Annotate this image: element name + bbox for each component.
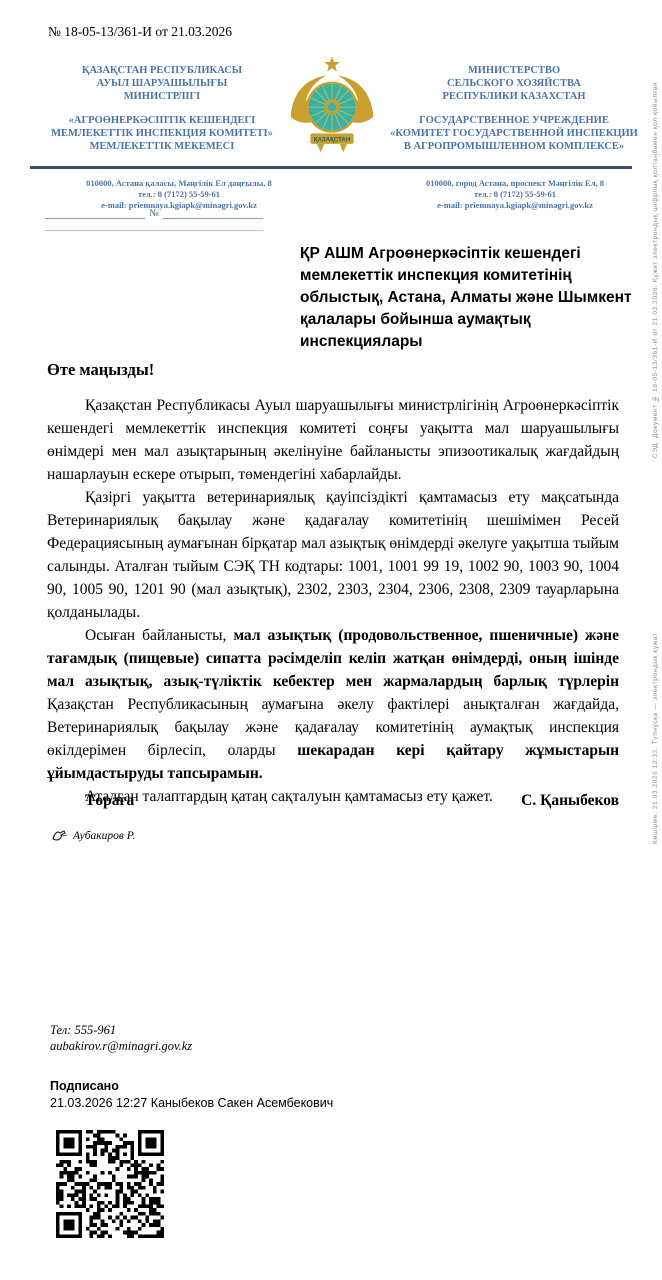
org-name-kazakh: ҚАЗАҚСТАН РЕСПУБЛИКАСЫ АУЫЛ ШАРУАШЫЛЫҒЫ … (38, 64, 286, 153)
letterhead-divider (30, 166, 632, 169)
signature-row: Төраға С. Қаныбеков (47, 792, 619, 810)
org-ministry-ru: МИНИСТЕРСТВО СЕЛЬСКОГО ХОЗЯЙСТВА РЕСПУБЛ… (386, 64, 642, 103)
margin-fineprint-bottom: Көшірме: 21.03.2026 12:32. Түпнұсқа — эл… (652, 444, 659, 844)
signer-title: Төраға (47, 792, 134, 810)
signed-label: Подписано (50, 1078, 333, 1095)
org-committee-ru: ГОСУДАРСТВЕННОЕ УЧРЕЖДЕНИЕ «КОМИТЕТ ГОСУ… (386, 114, 642, 153)
org-committee-kz: «АГРОӨНЕРКӘСІПТІК КЕШЕНДЕГІ МЕМЛЕКЕТТІК … (38, 114, 286, 153)
org-ministry-kz: ҚАЗАҚСТАН РЕСПУБЛИКАСЫ АУЫЛ ШАРУАШЫЛЫҒЫ … (38, 64, 286, 103)
emblem-star (324, 56, 339, 71)
letter-page: № 18-05-13/361-И от 21.03.2026 ҚАЗАҚСТАН… (0, 0, 662, 1280)
executor-contacts: Тел: 555-961 aubakirov.r@minagri.gov.kz (50, 1022, 192, 1054)
executor-email: aubakirov.r@minagri.gov.kz (50, 1038, 192, 1054)
emblem-tassel-right (340, 144, 348, 152)
number-blank-right (163, 206, 263, 219)
paragraph-2: Қазіргі уақытта ветеринариялық қауіпсізд… (47, 486, 619, 624)
date-fill-line (45, 230, 263, 231)
esign-stamp: Подписано 21.03.2026 12:27 Каныбеков Сак… (50, 1078, 333, 1112)
letter-body: Өте маңызды! Қазақстан Республикасы Ауыл… (47, 360, 619, 808)
stamp-icon (52, 830, 68, 842)
emblem-tassel-left (317, 144, 325, 152)
kazakhstan-emblem-icon: ҚАЗАҚСТАН (285, 54, 379, 166)
recipient-block: ҚР АШМ Агроөнеркәсіптік кешендегі мемлек… (300, 243, 636, 353)
document-number: № 18-05-13/361-И от 21.03.2026 (48, 24, 232, 40)
number-sign: № (145, 208, 163, 219)
emblem-center-inner (328, 103, 336, 111)
signer-name: С. Қаныбеков (521, 792, 619, 810)
org-name-russian: МИНИСТЕРСТВО СЕЛЬСКОГО ХОЗЯЙСТВА РЕСПУБЛ… (386, 64, 642, 153)
signed-info: 21.03.2026 12:27 Каныбеков Сакен Асембек… (50, 1095, 333, 1112)
executor-line: Аубакиров Р. (52, 830, 136, 842)
number-fill-line: № (45, 206, 263, 219)
address-russian: 010000, город Астана, проспект Мәңгілік … (386, 178, 644, 211)
paragraph-3: Осыған байланысты, мал азықтық (продовол… (47, 624, 619, 785)
importance-note: Өте маңызды! (47, 360, 619, 380)
executor-name: Аубакиров Р. (73, 830, 136, 842)
margin-fineprint-top: СЭД. Документ № 18-05-13/361-И от 21.03.… (652, 58, 659, 458)
qr-code (56, 1128, 164, 1240)
executor-phone: Тел: 555-961 (50, 1022, 192, 1038)
p3-intro: Осыған байланысты, (85, 627, 233, 644)
paragraph-1: Қазақстан Республикасы Ауыл шаруашылығы … (47, 394, 619, 486)
emblem-banner-text: ҚАЗАҚСТАН (314, 136, 351, 143)
number-blank-left (45, 206, 145, 219)
